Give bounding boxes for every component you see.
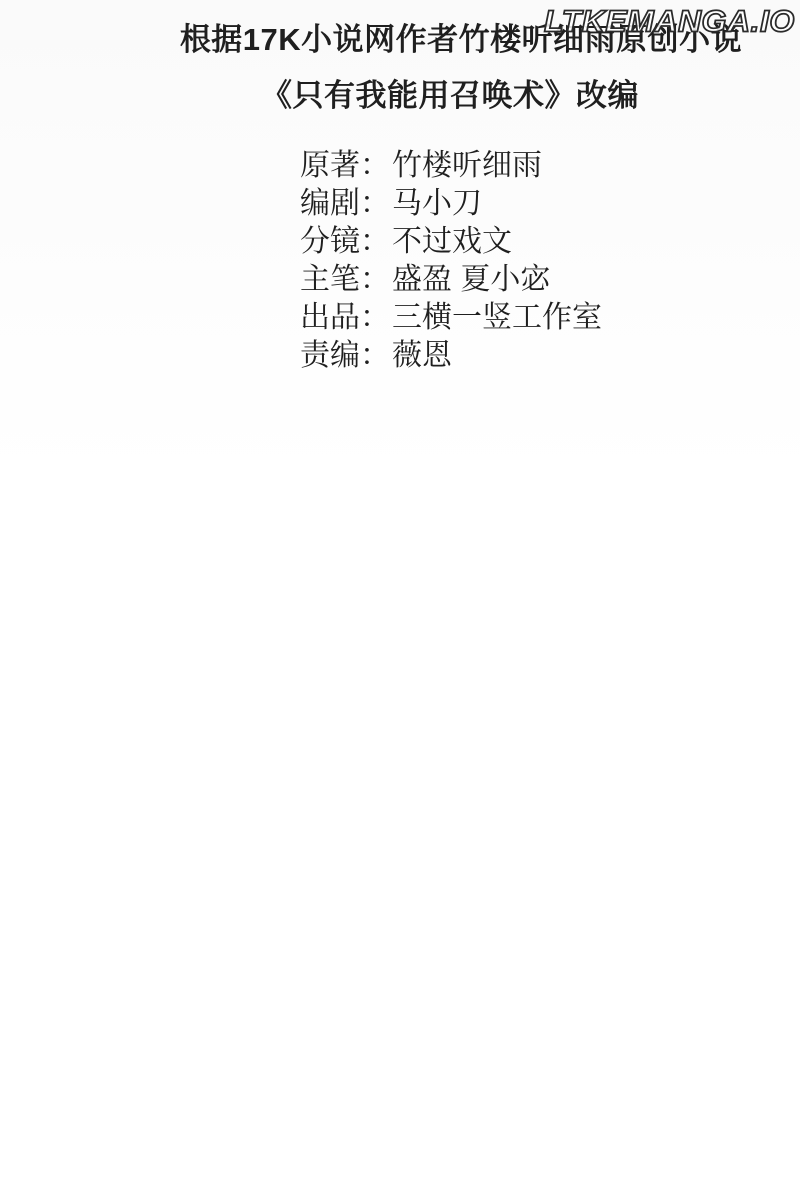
credit-name: 薇恩 — [392, 339, 452, 372]
credit-row-producer: 出品：三横一竖工作室 — [300, 299, 602, 337]
credit-row-editor: 责编：薇恩 — [300, 337, 602, 375]
credit-row-lead-artist: 主笔：盛盈 夏小宓 — [300, 261, 602, 299]
credit-role: 编剧 — [300, 187, 360, 220]
credit-role: 分镜 — [300, 225, 360, 258]
credit-row-original-author: 原著：竹楼听细雨 — [300, 147, 602, 185]
credit-row-screenwriter: 编剧：马小刀 — [300, 185, 602, 223]
site-watermark: LTKEMANGA.IO — [544, 4, 795, 39]
credit-colon: ： — [360, 301, 390, 334]
credits-page: 根据17K小说网作者竹楼听细雨原创小说 《只有我能用召唤术》改编 原著：竹楼听细… — [0, 0, 800, 1200]
credit-name: 盛盈 夏小宓 — [392, 263, 550, 296]
credit-role: 出品 — [300, 301, 360, 334]
credits-list: 原著：竹楼听细雨 编剧：马小刀 分镜：不过戏文 主笔：盛盈 夏小宓 出品：三横一… — [300, 147, 602, 375]
novel-title-line: 《只有我能用召唤术》改编 — [261, 70, 639, 115]
credit-name: 三横一竖工作室 — [392, 301, 602, 334]
credit-colon: ： — [360, 225, 390, 258]
credit-name: 竹楼听细雨 — [392, 149, 542, 182]
credit-colon: ： — [360, 187, 390, 220]
credit-colon: ： — [360, 149, 390, 182]
credit-name: 不过戏文 — [392, 225, 512, 258]
credit-row-storyboard: 分镜：不过戏文 — [300, 223, 602, 261]
credit-role: 责编 — [300, 339, 360, 372]
credit-colon: ： — [360, 263, 390, 296]
credit-name: 马小刀 — [392, 187, 482, 220]
credit-colon: ： — [360, 339, 390, 372]
credit-role: 原著 — [300, 149, 360, 182]
credit-role: 主笔 — [300, 263, 360, 296]
